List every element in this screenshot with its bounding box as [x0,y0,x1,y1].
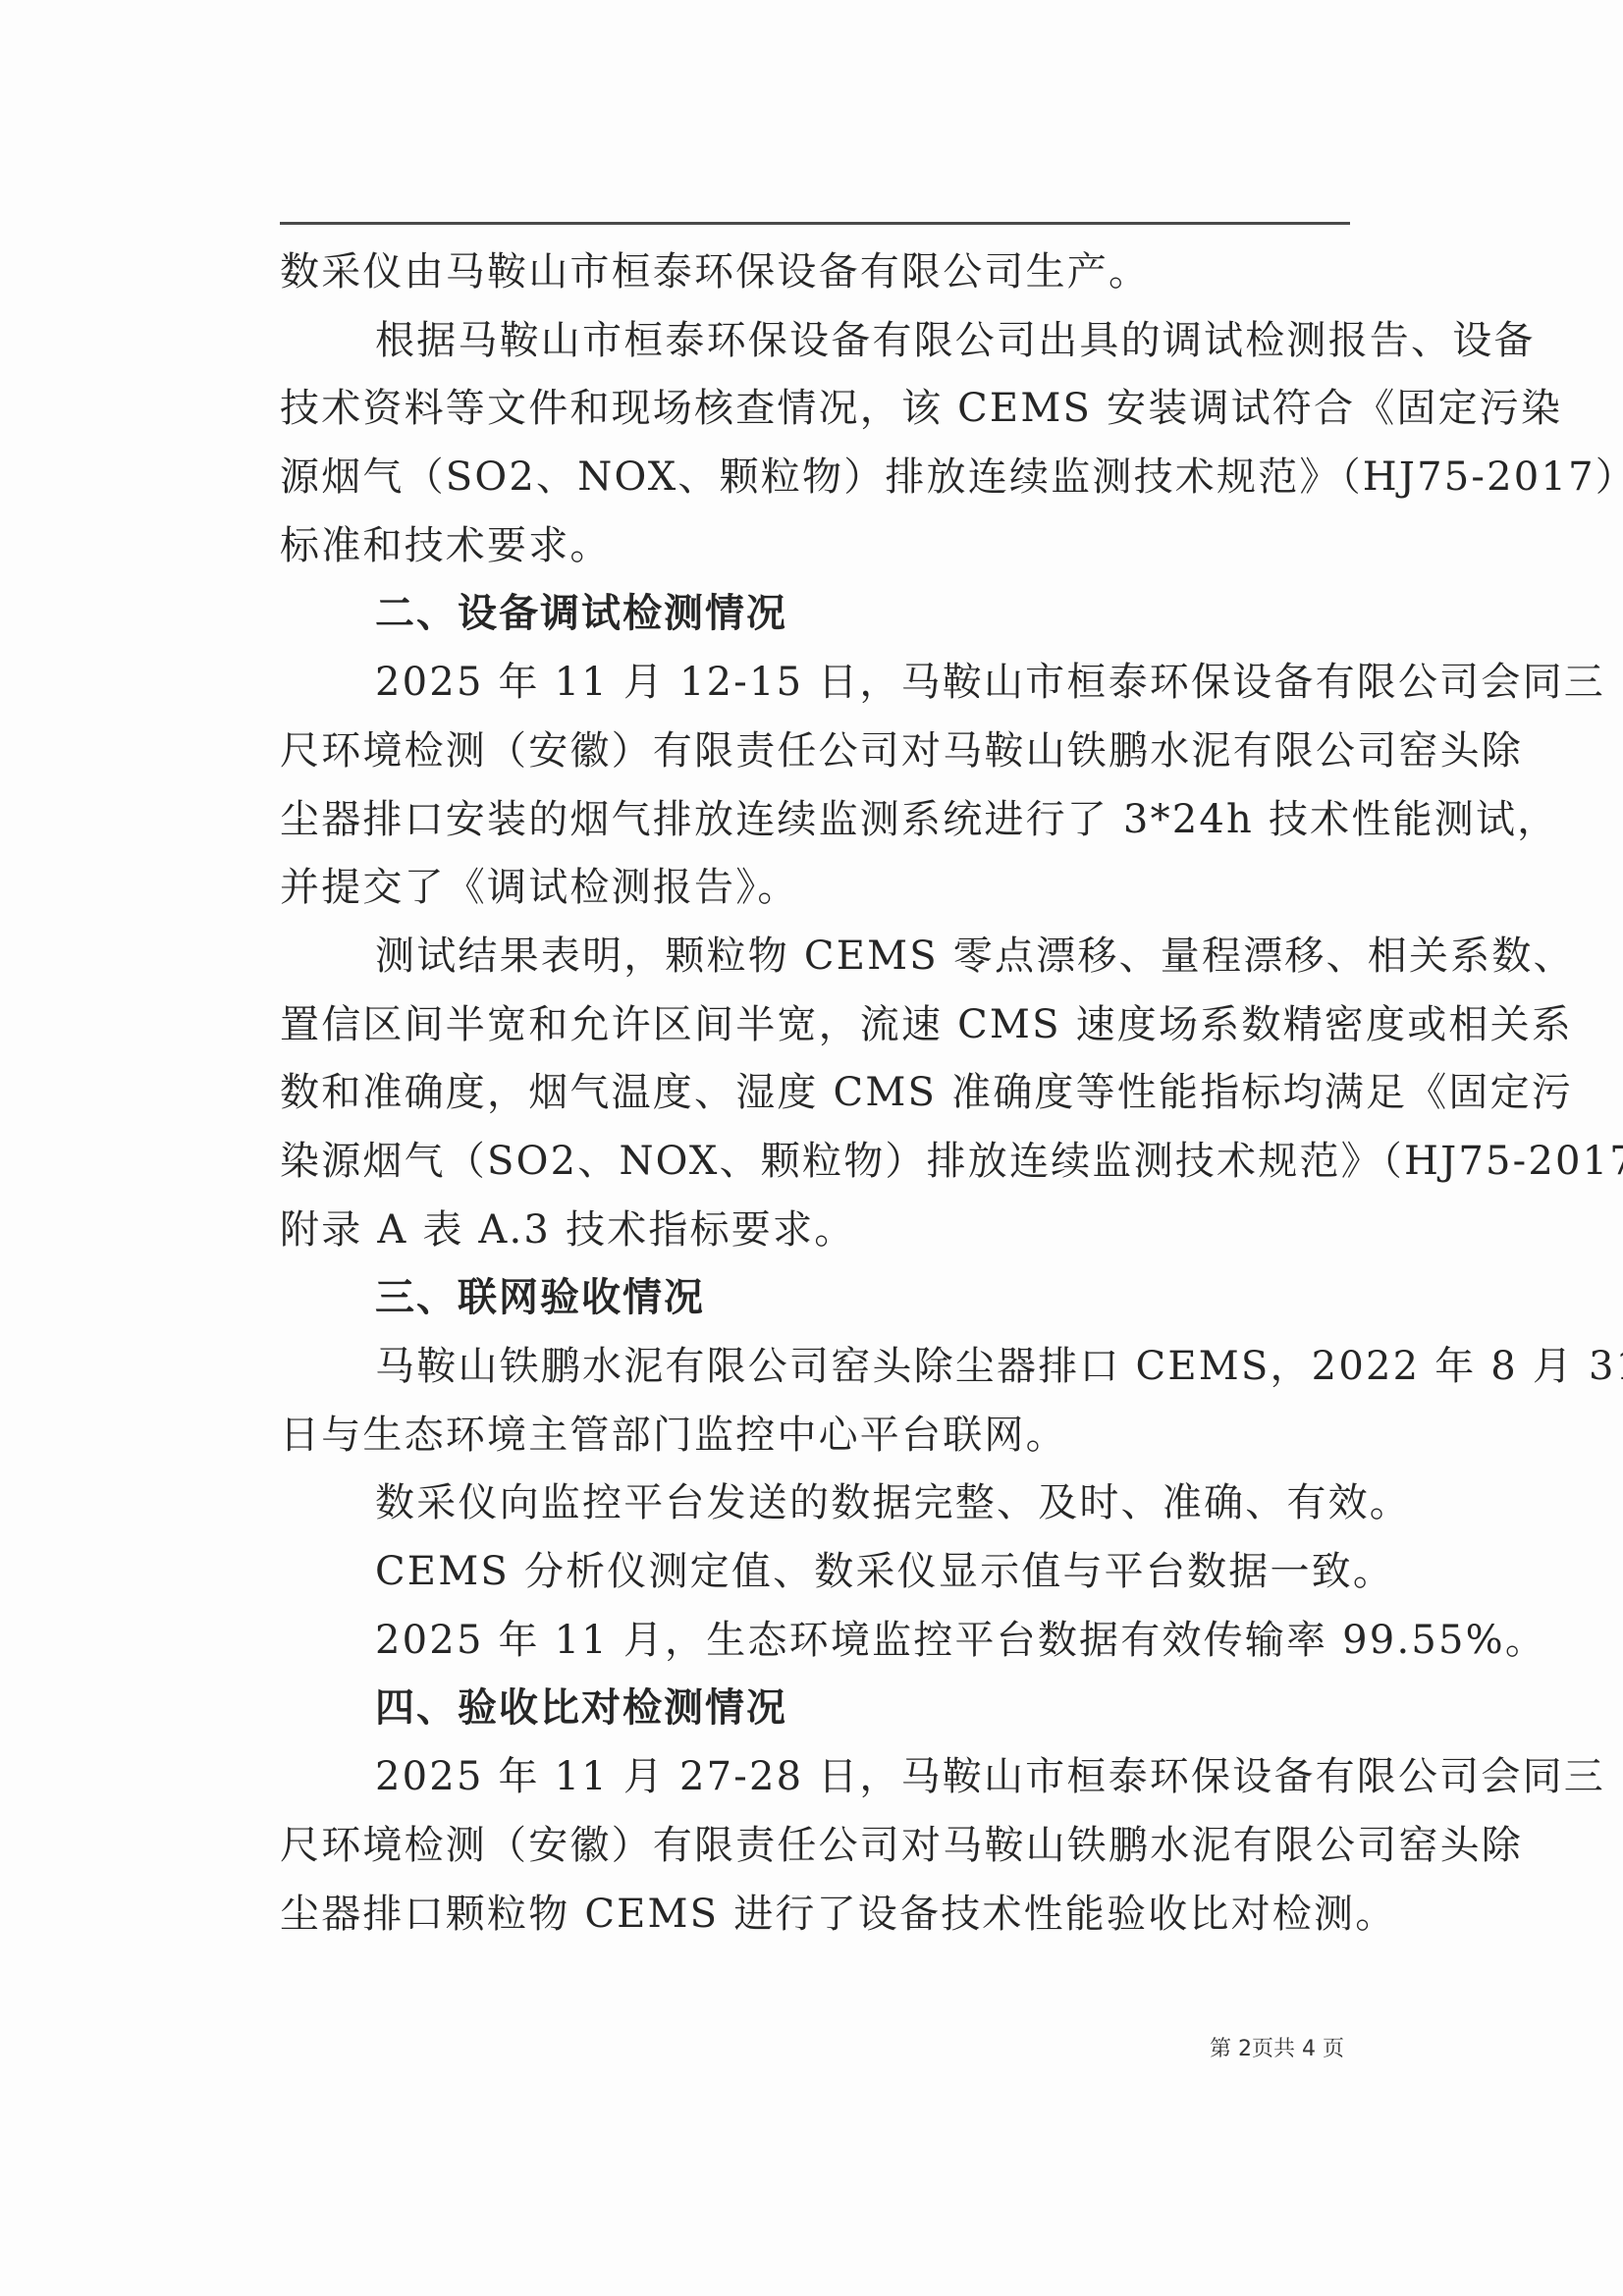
body-line: 并提交了《调试检测报告》。 [280,854,1352,923]
body-line: 根据马鞍山市桓泰环保设备有限公司出具的调试检测报告、设备 [280,307,1352,376]
header-rule [280,222,1350,225]
body-line: 标准和技术要求。 [280,512,1352,581]
body-line: 置信区间半宽和允许区间半宽，流速 CMS 速度场系数精密度或相关系 [280,991,1352,1060]
body-line: 测试结果表明，颗粒物 CEMS 零点漂移、量程漂移、相关系数、 [280,923,1352,991]
body-line: CEMS 分析仪测定值、数采仪显示值与平台数据一致。 [280,1538,1352,1607]
section-heading: 三、联网验收情况 [280,1264,1352,1333]
page-number: 第 2页共 4 页 [1210,2032,1344,2062]
body-line: 数采仪由马鞍山市桓泰环保设备有限公司生产。 [280,239,1352,307]
body-line: 2025 年 11 月 12-15 日，马鞍山市桓泰环保设备有限公司会同三 [280,649,1352,718]
section-heading: 四、验收比对检测情况 [280,1675,1352,1743]
body-line: 数采仪向监控平台发送的数据完整、及时、准确、有效。 [280,1469,1352,1538]
body-line: 2025 年 11 月，生态环境监控平台数据有效传输率 99.55%。 [280,1607,1352,1676]
body-line: 尺环境检测（安徽）有限责任公司对马鞍山铁鹏水泥有限公司窑头除 [280,1812,1352,1881]
document-body: 数采仪由马鞍山市桓泰环保设备有限公司生产。 根据马鞍山市桓泰环保设备有限公司出具… [280,239,1352,1949]
body-line: 技术资料等文件和现场核查情况，该 CEMS 安装调试符合《固定污染 [280,375,1352,444]
body-line: 尘器排口安装的烟气排放连续监测系统进行了 3*24h 技术性能测试， [280,786,1352,855]
body-line: 染源烟气（SO2、NOX、颗粒物）排放连续监测技术规范》（HJ75-2017） [280,1128,1352,1197]
body-line: 尘器排口颗粒物 CEMS 进行了设备技术性能验收比对检测。 [280,1881,1352,1949]
section-heading: 二、设备调试检测情况 [280,580,1352,649]
body-line: 尺环境检测（安徽）有限责任公司对马鞍山铁鹏水泥有限公司窑头除 [280,718,1352,786]
body-line: 日与生态环境主管部门监控中心平台联网。 [280,1402,1352,1470]
body-line: 源烟气（SO2、NOX、颗粒物）排放连续监测技术规范》（HJ75-2017） [280,444,1352,512]
body-line: 马鞍山铁鹏水泥有限公司窑头除尘器排口 CEMS，2022 年 8 月 31 [280,1333,1352,1402]
body-line: 数和准确度，烟气温度、湿度 CMS 准确度等性能指标均满足《固定污 [280,1059,1352,1128]
body-line: 附录 A 表 A.3 技术指标要求。 [280,1197,1352,1265]
body-line: 2025 年 11 月 27-28 日，马鞍山市桓泰环保设备有限公司会同三 [280,1743,1352,1812]
